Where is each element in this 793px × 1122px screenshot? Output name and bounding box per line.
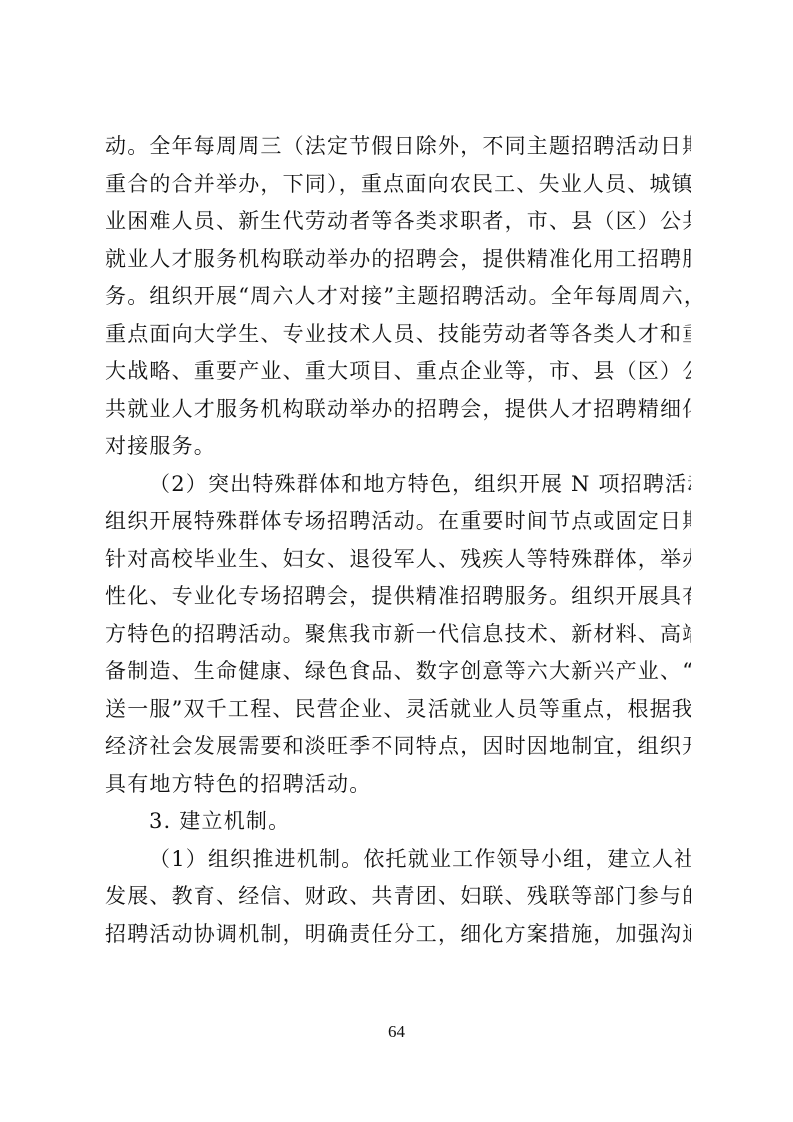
text-line: 动。全年每周周三（法定节假日除外，不同主题招聘活动日期 xyxy=(105,128,691,166)
body-text: 动。全年每周周三（法定节假日除外，不同主题招聘活动日期 重合的合并举办，下同），… xyxy=(105,128,691,953)
text-line: 具有地方特色的招聘活动。 xyxy=(105,766,691,804)
text-line: 业困难人员、新生代劳动者等各类求职者，市、县（区）公共 xyxy=(105,203,691,241)
text-line: 方特色的招聘活动。聚焦我市新一代信息技术、新材料、高端装 xyxy=(105,616,691,654)
section-heading-establish-mechanism: 3. 建立机制。 xyxy=(105,803,691,841)
text-line: 招聘活动协调机制，明确责任分工，细化方案措施，加强沟通配 xyxy=(105,916,691,954)
text-line: 就业人才服务机构联动举办的招聘会，提供精准化用工招聘服 xyxy=(105,241,691,279)
text-line: 送一服”双千工程、民营企业、灵活就业人员等重点，根据我市 xyxy=(105,691,691,729)
document-page: 动。全年每周周三（法定节假日除外，不同主题招聘活动日期 重合的合并举办，下同），… xyxy=(0,0,793,1122)
paragraph-organization-mechanism: （1）组织推进机制。依托就业工作领导小组，建立人社、 发展、教育、经信、财政、共… xyxy=(105,841,691,954)
text-line: 大战略、重要产业、重大项目、重点企业等，市、县（区）公 xyxy=(105,353,691,391)
text-line: 性化、专业化专场招聘会，提供精准招聘服务。组织开展具有地 xyxy=(105,578,691,616)
heading-line: 3. 建立机制。 xyxy=(105,803,691,841)
text-line: 组织开展特殊群体专场招聘活动。在重要时间节点或固定日期， xyxy=(105,503,691,541)
text-line: 备制造、生命健康、绿色食品、数字创意等六大新兴产业、“四 xyxy=(105,653,691,691)
text-line: 发展、教育、经信、财政、共青团、妇联、残联等部门参与的“2+N” xyxy=(105,878,691,916)
page-number: 64 xyxy=(0,1022,793,1042)
text-line: 共就业人才服务机构联动举办的招聘会，提供人才招聘精细化 xyxy=(105,391,691,429)
text-line: 针对高校毕业生、妇女、退役军人、残疾人等特殊群体，举办个 xyxy=(105,541,691,579)
text-line: （1）组织推进机制。依托就业工作领导小组，建立人社、 xyxy=(105,841,691,879)
text-line: 对接服务。 xyxy=(105,428,691,466)
text-line: 务。组织开展“周六人才对接”主题招聘活动。全年每周周六， xyxy=(105,278,691,316)
text-line: （2）突出特殊群体和地方特色，组织开展 N 项招聘活动。 xyxy=(105,466,691,504)
text-line: 重合的合并举办，下同），重点面向农民工、失业人员、城镇就 xyxy=(105,166,691,204)
text-line: 重点面向大学生、专业技术人员、技能劳动者等各类人才和重 xyxy=(105,316,691,354)
paragraph-special-groups: （2）突出特殊群体和地方特色，组织开展 N 项招聘活动。 组织开展特殊群体专场招… xyxy=(105,466,691,804)
text-line: 经济社会发展需要和淡旺季不同特点，因时因地制宜，组织开展 xyxy=(105,728,691,766)
paragraph-continued: 动。全年每周周三（法定节假日除外，不同主题招聘活动日期 重合的合并举办，下同），… xyxy=(105,128,691,466)
